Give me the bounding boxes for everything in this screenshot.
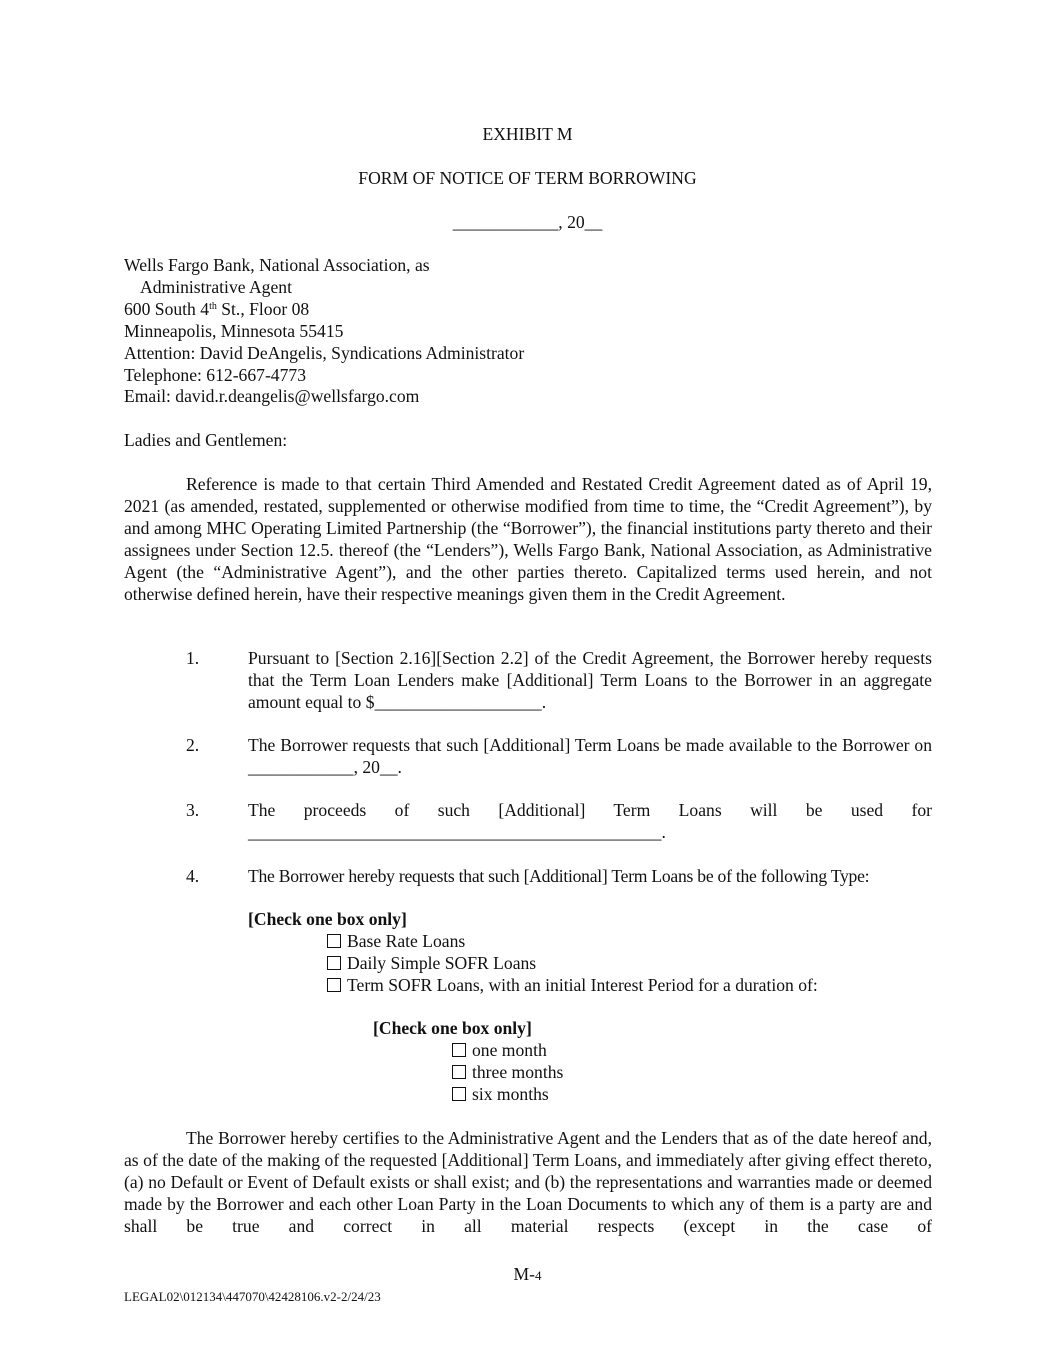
- addressee-email: Email: david.r.deangelis@wellsfargo.com: [124, 386, 524, 408]
- option-label: three months: [472, 1062, 563, 1082]
- addressee-telephone: Telephone: 612-667-4773: [124, 365, 524, 387]
- item-end: , 20__.: [354, 757, 402, 777]
- amount-blank[interactable]: ___________________: [375, 692, 542, 712]
- option-label: Base Rate Loans: [347, 931, 465, 951]
- item-number: 4.: [186, 866, 199, 888]
- footer-document-code: LEGAL02\012134\447070\42428106.v2-2/24/2…: [124, 1286, 381, 1308]
- interest-period-instruction: [Check one box only]: [373, 1018, 532, 1040]
- page-prefix: M-: [513, 1264, 535, 1284]
- checkbox-icon[interactable]: [327, 956, 341, 970]
- street-number: 600 South 4: [124, 299, 209, 319]
- option-three-months[interactable]: three months: [452, 1062, 563, 1084]
- item-text: Pursuant to [Section 2.16][Section 2.2] …: [248, 648, 932, 714]
- loan-type-options: Base Rate Loans Daily Simple SOFR Loans …: [327, 931, 818, 997]
- item-end: .: [661, 822, 665, 842]
- addressee-block: Wells Fargo Bank, National Association, …: [124, 255, 524, 408]
- page-digit: 4: [535, 1268, 542, 1283]
- option-one-month[interactable]: one month: [452, 1040, 563, 1062]
- date-line: ____________, 20__: [0, 212, 1055, 234]
- addressee-city: Minneapolis, Minnesota 55415: [124, 321, 524, 343]
- form-title: FORM OF NOTICE OF TERM BORROWING: [0, 168, 1055, 190]
- intro-paragraph: Reference is made to that certain Third …: [124, 474, 932, 605]
- item-body: Pursuant to [Section 2.16][Section 2.2] …: [248, 648, 932, 712]
- option-six-months[interactable]: six months: [452, 1084, 563, 1106]
- exhibit-title: EXHIBIT M: [0, 124, 1055, 146]
- item-number: 3.: [186, 800, 199, 822]
- option-label: one month: [472, 1040, 547, 1060]
- option-label: six months: [472, 1084, 549, 1104]
- option-label: Term SOFR Loans, with an initial Interes…: [347, 975, 818, 995]
- checkbox-icon[interactable]: [452, 1065, 466, 1079]
- item-text-line-2: ________________________________________…: [248, 822, 932, 844]
- date-blank[interactable]: ____________: [453, 212, 559, 232]
- interest-period-options: one month three months six months: [452, 1040, 563, 1106]
- addressee-attention: Attention: David DeAngelis, Syndications…: [124, 343, 524, 365]
- option-term-sofr-loans[interactable]: Term SOFR Loans, with an initial Interes…: [327, 975, 818, 997]
- date-year-suffix: , 20__: [558, 212, 602, 232]
- salutation: Ladies and Gentlemen:: [124, 430, 287, 452]
- street-rest: St., Floor 08: [217, 299, 309, 319]
- item-number: 2.: [186, 735, 199, 757]
- borrow-date-blank[interactable]: ____________: [248, 757, 354, 777]
- ordinal-suffix: th: [209, 301, 217, 312]
- certification-paragraph: The Borrower hereby certifies to the Adm…: [124, 1128, 932, 1238]
- intro-paragraph-text: Reference is made to that certain Third …: [124, 474, 932, 605]
- item-number: 1.: [186, 648, 199, 670]
- option-label: Daily Simple SOFR Loans: [347, 953, 536, 973]
- item-body: The Borrower requests that such [Additio…: [248, 735, 932, 755]
- loan-type-instruction: [Check one box only]: [248, 909, 407, 931]
- item-text: The Borrower requests that such [Additio…: [248, 735, 932, 779]
- option-base-rate-loans[interactable]: Base Rate Loans: [327, 931, 818, 953]
- item-end: .: [542, 692, 546, 712]
- addressee-street: 600 South 4th St., Floor 08: [124, 299, 524, 321]
- option-daily-simple-sofr-loans[interactable]: Daily Simple SOFR Loans: [327, 953, 818, 975]
- checkbox-icon[interactable]: [452, 1087, 466, 1101]
- certification-paragraph-text: The Borrower hereby certifies to the Adm…: [124, 1128, 932, 1238]
- item-text: The Borrower hereby requests that such […: [248, 866, 932, 888]
- addressee-line-1: Wells Fargo Bank, National Association, …: [124, 255, 524, 277]
- item-text: The proceeds of such [Additional] Term L…: [248, 800, 932, 822]
- checkbox-icon[interactable]: [327, 978, 341, 992]
- checkbox-icon[interactable]: [327, 934, 341, 948]
- page-number: M-4: [0, 1264, 1055, 1287]
- addressee-line-2: Administrative Agent: [124, 277, 524, 299]
- purpose-blank[interactable]: ________________________________________…: [248, 822, 661, 842]
- checkbox-icon[interactable]: [452, 1043, 466, 1057]
